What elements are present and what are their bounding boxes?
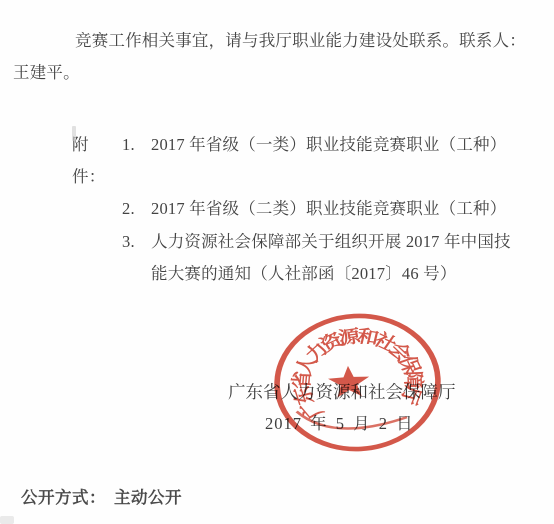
attachments-block: 附件： 1. 2017 年省级（一类）职业技能竞赛职业（工种） 2. 2017 … (72, 129, 511, 290)
attachment-title: 2017 年省级（一类）职业技能竞赛职业（工种） (151, 129, 506, 193)
publicity-label: 公开方式： (21, 489, 106, 507)
document-page: 竞赛工作相关事宜，请与我厅职业能力建设处联系。联系人： 王建平。 附件： 1. … (0, 0, 554, 524)
paragraph-line: 王建平。 (13, 57, 543, 89)
attachment-number: 3. (122, 226, 151, 258)
body-paragraph: 竞赛工作相关事宜，请与我厅职业能力建设处联系。联系人： 王建平。 (13, 25, 543, 89)
attachment-item: 3. 人力资源社会保障部关于组织开展 2017 年中国技 (122, 226, 511, 258)
seal-star-icon (327, 365, 370, 398)
attachment-item: 2. 2017 年省级（二类）职业技能竞赛职业（工种） (122, 193, 511, 225)
scan-artifact (0, 516, 14, 524)
scan-artifact (72, 126, 76, 141)
attachment-title: 2017 年省级（二类）职业技能竞赛职业（工种） (151, 193, 506, 225)
attachments-label: 附件： (72, 129, 122, 193)
official-seal: 广东省人力资源和社会保障厅 (267, 307, 447, 459)
attachment-number: 1. (122, 129, 151, 193)
attachment-title-wrap: 能大赛的通知（人社部函〔2017〕46 号） (151, 258, 511, 290)
attachment-item: 附件： 1. 2017 年省级（一类）职业技能竞赛职业（工种） (72, 129, 511, 193)
attachment-number: 2. (122, 193, 151, 225)
attachment-title: 人力资源社会保障部关于组织开展 2017 年中国技 (151, 226, 511, 258)
paragraph-line: 竞赛工作相关事宜，请与我厅职业能力建设处联系。联系人： (13, 25, 543, 57)
publicity-line: 公开方式：主动公开 (21, 487, 182, 509)
publicity-value: 主动公开 (114, 489, 182, 507)
